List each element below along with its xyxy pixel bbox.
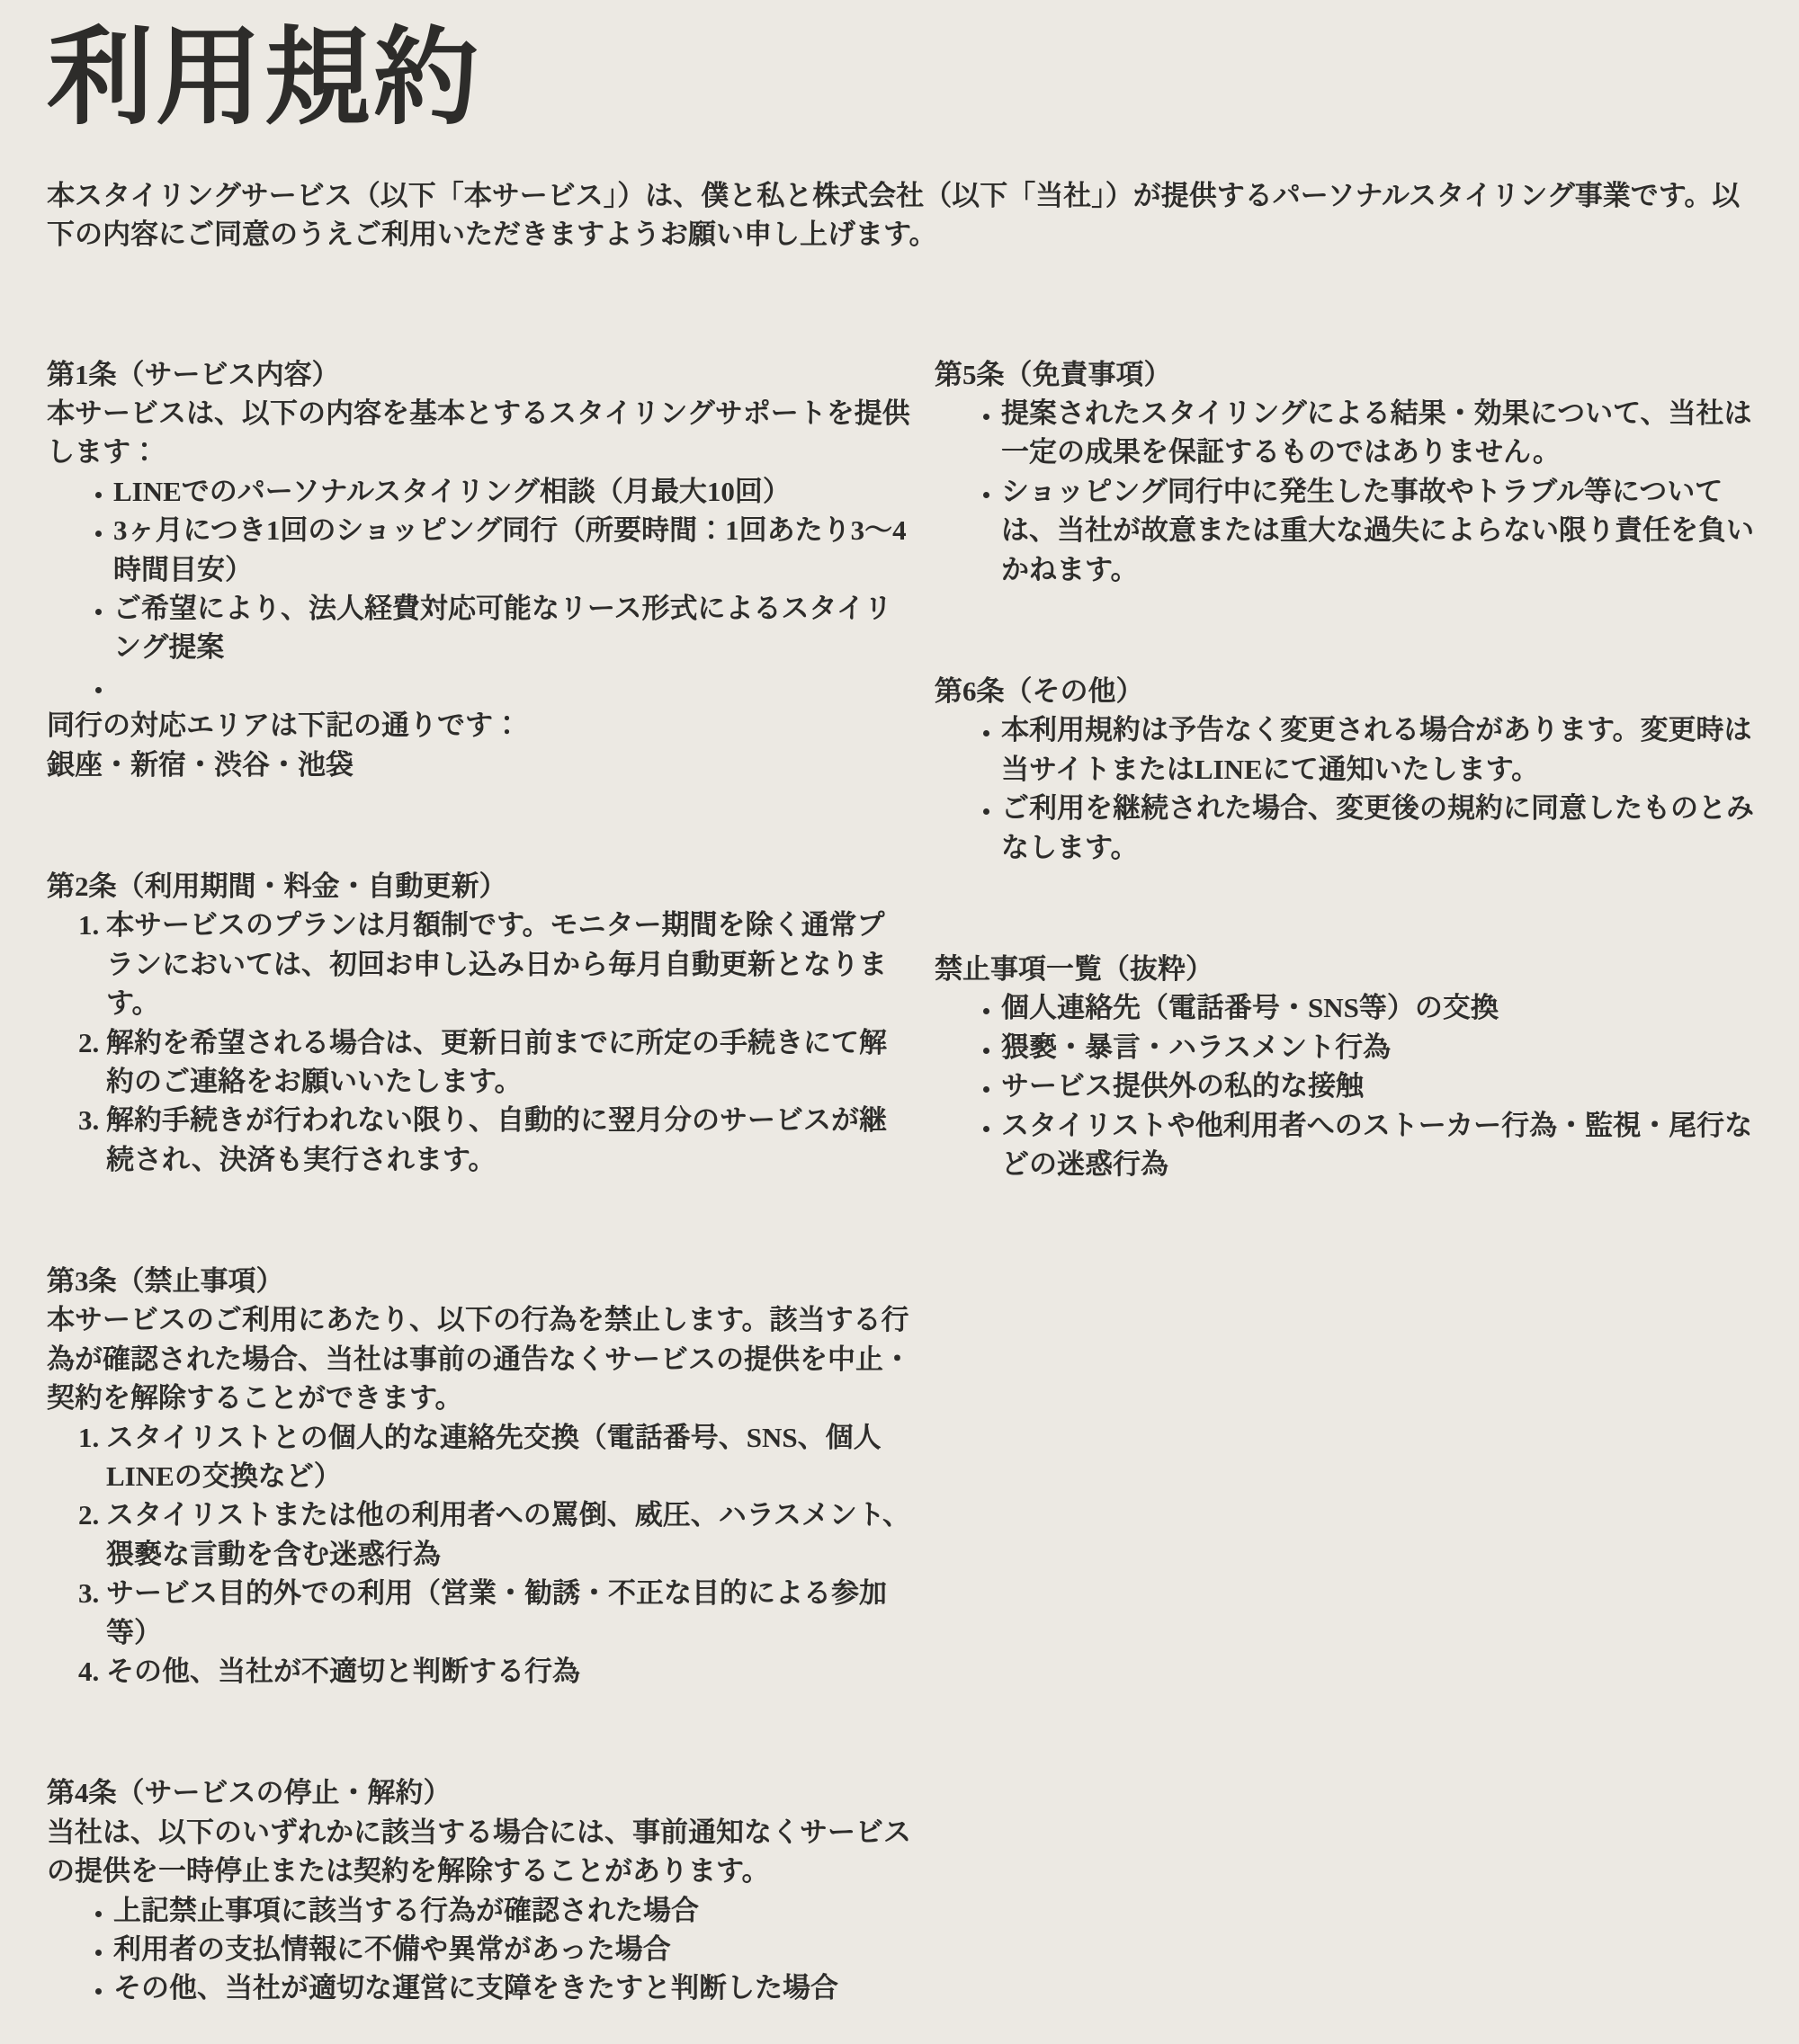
article-3-lead: 本サービスのご利用にあたり、以下の行為を禁止します。該当する行為が確認された場合… <box>47 1300 912 1417</box>
article-3-heading: 第3条（禁止事項） <box>47 1262 912 1300</box>
article-5-heading: 第5条（免責事項） <box>935 355 1754 394</box>
article-1-heading: 第1条（サービス内容） <box>47 355 912 394</box>
list-item: サービス提供外の私的な接触 <box>1001 1067 1754 1105</box>
list-item: 本サービスのプランは月額制です。モニター期間を除く通常プランにおいては、初回お申… <box>106 906 912 1022</box>
article-2-heading: 第2条（利用期間・料金・自動更新） <box>47 867 912 906</box>
list-item: 解約手続きが行われない限り、自動的に翌月分のサービスが継続され、決済も実行されま… <box>106 1101 912 1179</box>
article-5-bullet-list: 提案されたスタイリングによる結果・効果について、当社は一定の成果を保証するもので… <box>935 394 1754 589</box>
list-item: スタイリストまたは他の利用者への罵倒、威圧、ハラスメント、猥褻な言動を含む迷惑行… <box>106 1495 912 1574</box>
left-column: 第1条（サービス内容） 本サービスは、以下の内容を基本とするスタイリングサポート… <box>47 355 912 2008</box>
article-1-area-list: 銀座・新宿・渋谷・池袋 <box>47 745 912 784</box>
page-title: 利用規約 <box>47 23 1754 135</box>
prohibited-items-bullet-list: 個人連絡先（電話番号・SNS等）の交換 猥褻・暴言・ハラスメント行為 サービス提… <box>935 988 1754 1183</box>
article-6-bullet-list: 本利用規約は予告なく変更される場合があります。変更時は当サイトまたはLINEにて… <box>935 710 1754 867</box>
list-item: サービス目的外での利用（営業・勧誘・不正な目的による参加等） <box>106 1574 912 1652</box>
article-4-heading: 第4条（サービスの停止・解約） <box>47 1773 912 1812</box>
list-item: 解約を希望される場合は、更新日前までに所定の手続きにて解約のご連絡をお願いいたし… <box>106 1023 912 1102</box>
article-6-miscellaneous: 第6条（その他） 本利用規約は予告なく変更される場合があります。変更時は当サイト… <box>935 672 1754 867</box>
list-item: ショッピング同行中に発生した事故やトラブル等については、当社が故意または重大な過… <box>1001 472 1754 589</box>
list-item: 3ヶ月につき1回のショッピング同行（所要時間：1回あたり3〜4時間目安） <box>113 511 912 589</box>
article-2-numbered-list: 本サービスのプランは月額制です。モニター期間を除く通常プランにおいては、初回お申… <box>47 906 912 1179</box>
article-4-bullet-list: 上記禁止事項に該当する行為が確認された場合 利用者の支払情報に不備や異常があった… <box>47 1891 912 2008</box>
list-item: 上記禁止事項に該当する行為が確認された場合 <box>113 1891 912 1930</box>
list-item: 提案されたスタイリングによる結果・効果について、当社は一定の成果を保証するもので… <box>1001 394 1754 472</box>
intro-paragraph: 本スタイリングサービス（以下「本サービス」）は、僕と私と株式会社（以下「当社」）… <box>47 176 1754 254</box>
terms-columns: 第1条（サービス内容） 本サービスは、以下の内容を基本とするスタイリングサポート… <box>47 355 1754 2008</box>
article-4-lead: 当社は、以下のいずれかに該当する場合には、事前通知なくサービスの提供を一時停止ま… <box>47 1813 912 1891</box>
list-item: LINEでのパーソナルスタイリング相談（月最大10回） <box>113 472 912 511</box>
article-2-term-fees-renewal: 第2条（利用期間・料金・自動更新） 本サービスのプランは月額制です。モニター期間… <box>47 867 912 1179</box>
article-5-disclaimer: 第5条（免責事項） 提案されたスタイリングによる結果・効果について、当社は一定の… <box>935 355 1754 589</box>
list-item: 個人連絡先（電話番号・SNS等）の交換 <box>1001 988 1754 1027</box>
article-3-numbered-list: スタイリストとの個人的な連絡先交換（電話番号、SNS、個人LINEの交換など） … <box>47 1418 912 1691</box>
list-item: その他、当社が適切な運営に支障をきたすと判断した場合 <box>113 1968 912 2007</box>
list-item: 本利用規約は予告なく変更される場合があります。変更時は当サイトまたはLINEにて… <box>1001 710 1754 789</box>
list-item: 猥褻・暴言・ハラスメント行為 <box>1001 1028 1754 1067</box>
right-column: 第5条（免責事項） 提案されたスタイリングによる結果・効果について、当社は一定の… <box>935 355 1754 1184</box>
article-1-bullet-list: LINEでのパーソナルスタイリング相談（月最大10回） 3ヶ月につき1回のショッ… <box>47 472 912 706</box>
article-3-prohibited-acts: 第3条（禁止事項） 本サービスのご利用にあたり、以下の行為を禁止します。該当する… <box>47 1262 912 1691</box>
list-item: スタイリストや他利用者へのストーカー行為・監視・尾行などの迷惑行為 <box>1001 1106 1754 1184</box>
prohibited-items-heading: 禁止事項一覧（抜粋） <box>935 950 1754 988</box>
list-item: スタイリストとの個人的な連絡先交換（電話番号、SNS、個人LINEの交換など） <box>106 1418 912 1496</box>
list-item: ご希望により、法人経費対応可能なリース形式によるスタイリング提案 <box>113 589 912 667</box>
article-1-area-note: 同行の対応エリアは下記の通りです： <box>47 706 912 745</box>
prohibited-items-summary: 禁止事項一覧（抜粋） 個人連絡先（電話番号・SNS等）の交換 猥褻・暴言・ハラス… <box>935 950 1754 1183</box>
list-item: その他、当社が不適切と判断する行為 <box>106 1652 912 1691</box>
list-item: ご利用を継続された場合、変更後の規約に同意したものとみなします。 <box>1001 789 1754 867</box>
article-6-heading: 第6条（その他） <box>935 672 1754 710</box>
list-item-empty <box>113 667 912 706</box>
article-1-service-content: 第1条（サービス内容） 本サービスは、以下の内容を基本とするスタイリングサポート… <box>47 355 912 784</box>
article-4-suspension-termination: 第4条（サービスの停止・解約） 当社は、以下のいずれかに該当する場合には、事前通… <box>47 1773 912 2007</box>
terms-page: 利用規約 本スタイリングサービス（以下「本サービス」）は、僕と私と株式会社（以下… <box>0 0 1799 2044</box>
list-item: 利用者の支払情報に不備や異常があった場合 <box>113 1930 912 1968</box>
article-1-lead: 本サービスは、以下の内容を基本とするスタイリングサポートを提供します： <box>47 394 912 472</box>
